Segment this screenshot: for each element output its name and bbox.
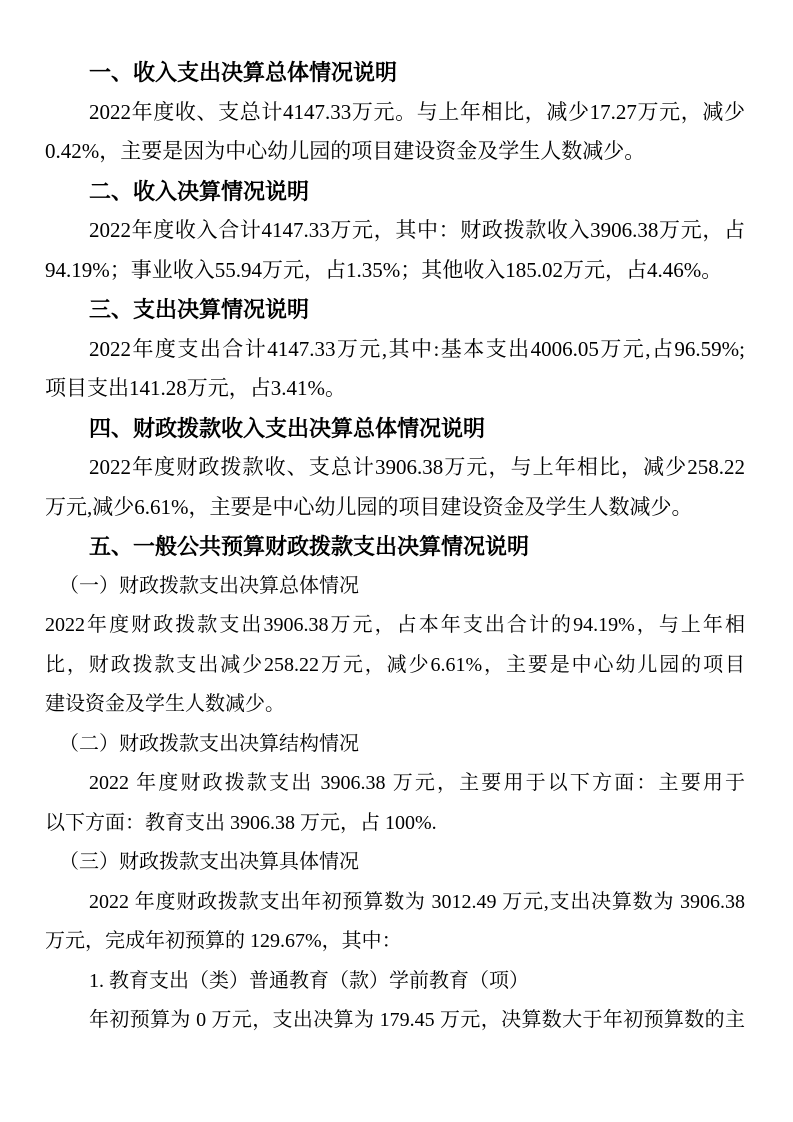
section-1-paragraph-line: 0.42%，主要是因为中心幼儿园的项目建设资金及学生人数减少。 [45, 132, 745, 172]
subsection-1-heading: （一）财政拨款支出决算总体情况 [45, 567, 745, 607]
section-2-paragraph-line: 94.19%；事业收入55.94万元，占1.35%；其他收入185.02万元，占… [45, 251, 745, 291]
section-1-heading: 一、收入支出决算总体情况说明 [45, 53, 745, 93]
section-4-heading: 四、财政拨款收入支出决算总体情况说明 [45, 409, 745, 449]
subsection-3-paragraph-line: 2022 年度财政拨款支出年初预算数为 3012.49 万元,支出决算数为 39… [45, 883, 745, 923]
subsection-3-list-item-line: 1. 教育支出（类）普通教育（款）学前教育（项） [45, 962, 745, 1002]
section-3-heading: 三、支出决算情况说明 [45, 290, 745, 330]
subsection-1-paragraph-line: 比，财政拨款支出减少258.22万元，减少6.61%，主要是中心幼儿园的项目 [45, 646, 745, 686]
section-4-paragraph-line: 万元,减少6.61%，主要是中心幼儿园的项目建设资金及学生人数减少。 [45, 488, 745, 528]
subsection-2-heading: （二）财政拨款支出决算结构情况 [45, 725, 745, 765]
section-3-paragraph-line: 2022年度支出合计4147.33万元,其中:基本支出4006.05万元,占96… [45, 330, 745, 370]
section-3-paragraph-line: 项目支出141.28万元，占3.41%。 [45, 369, 745, 409]
subsection-1-paragraph-line: 建设资金及学生人数减少。 [45, 685, 745, 725]
subsection-2-paragraph-line: 2022 年度财政拨款支出 3906.38 万元，主要用于以下方面：主要用于 [45, 764, 745, 804]
section-5-heading: 五、一般公共预算财政拨款支出决算情况说明 [45, 527, 745, 567]
section-4-paragraph-line: 2022年度财政拨款收、支总计3906.38万元，与上年相比，减少258.22 [45, 448, 745, 488]
section-2-paragraph-line: 2022年度收入合计4147.33万元，其中：财政拨款收入3906.38万元，占 [45, 211, 745, 251]
subsection-2-paragraph-line: 以下方面：教育支出 3906.38 万元，占 100%. [45, 804, 745, 844]
section-1-paragraph-line: 2022年度收、支总计4147.33万元。与上年相比，减少17.27万元，减少 [45, 93, 745, 133]
document-page: 一、收入支出决算总体情况说明 2022年度收、支总计4147.33万元。与上年相… [0, 0, 793, 1122]
subsection-3-heading: （三）财政拨款支出决算具体情况 [45, 843, 745, 883]
subsection-1-paragraph-line: 2022年度财政拨款支出3906.38万元，占本年支出合计的94.19%，与上年… [45, 606, 745, 646]
section-2-heading: 二、收入决算情况说明 [45, 172, 745, 212]
subsection-3-paragraph-line: 年初预算为 0 万元，支出决算为 179.45 万元，决算数大于年初预算数的主 [45, 1001, 745, 1041]
subsection-3-paragraph-line: 万元，完成年初预算的 129.67%，其中： [45, 922, 745, 962]
